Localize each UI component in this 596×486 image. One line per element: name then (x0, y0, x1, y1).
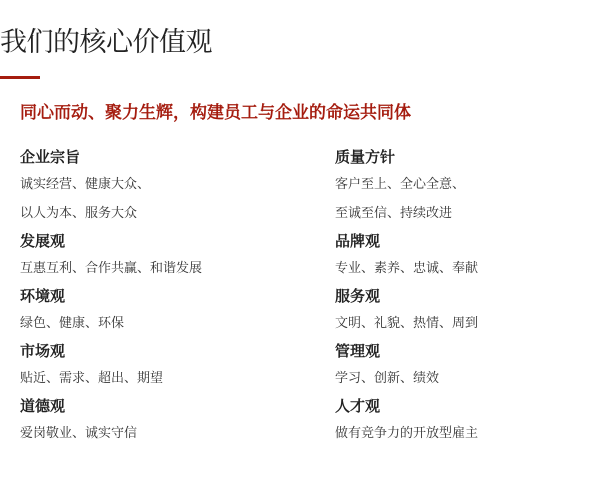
value-item-enterprise-purpose: 企业宗旨 诚实经营、健康大众、 以人为本、服务大众 (20, 144, 280, 228)
value-heading: 管理观 (335, 338, 595, 364)
value-item-talent: 人才观 做有竞争力的开放型雇主 (335, 393, 595, 448)
value-item-market: 市场观 贴近、需求、超出、期望 (20, 338, 280, 393)
value-heading: 服务观 (335, 283, 595, 309)
value-text: 绿色、健康、环保 (20, 309, 280, 338)
value-item-environment: 环境观 绿色、健康、环保 (20, 283, 280, 338)
value-text: 至诚至信、持续改进 (335, 199, 595, 228)
value-item-development: 发展观 互惠互利、合作共赢、和谐发展 (20, 228, 280, 283)
value-item-brand: 品牌观 专业、素养、忠诚、奉献 (335, 228, 595, 283)
value-text: 爱岗敬业、诚实守信 (20, 419, 280, 448)
values-column-right: 质量方针 客户至上、全心全意、 至诚至信、持续改进 品牌观 专业、素养、忠诚、奉… (335, 144, 595, 448)
value-text: 贴近、需求、超出、期望 (20, 364, 280, 393)
values-column-left: 企业宗旨 诚实经营、健康大众、 以人为本、服务大众 发展观 互惠互利、合作共赢、… (20, 144, 280, 448)
value-text: 诚实经营、健康大众、 (20, 170, 280, 199)
value-heading: 质量方针 (335, 144, 595, 170)
value-text: 互惠互利、合作共赢、和谐发展 (20, 254, 280, 283)
value-heading: 人才观 (335, 393, 595, 419)
value-heading: 市场观 (20, 338, 280, 364)
value-heading: 品牌观 (335, 228, 595, 254)
value-heading: 道德观 (20, 393, 280, 419)
value-heading: 环境观 (20, 283, 280, 309)
title-underline-divider (0, 76, 40, 79)
value-text: 文明、礼貌、热情、周到 (335, 309, 595, 338)
value-text: 以人为本、服务大众 (20, 199, 280, 228)
value-text: 学习、创新、绩效 (335, 364, 595, 393)
value-text: 专业、素养、忠诚、奉献 (335, 254, 595, 283)
value-text: 客户至上、全心全意、 (335, 170, 595, 199)
value-item-quality-policy: 质量方针 客户至上、全心全意、 至诚至信、持续改进 (335, 144, 595, 228)
value-item-service: 服务观 文明、礼貌、热情、周到 (335, 283, 595, 338)
page-title: 我们的核心价值观 (0, 25, 212, 61)
value-heading: 企业宗旨 (20, 144, 280, 170)
value-text: 做有竞争力的开放型雇主 (335, 419, 595, 448)
value-item-ethics: 道德观 爱岗敬业、诚实守信 (20, 393, 280, 448)
value-heading: 发展观 (20, 228, 280, 254)
value-item-management: 管理观 学习、创新、绩效 (335, 338, 595, 393)
slogan: 同心而动、聚力生辉，构建员工与企业的命运共同体 (20, 100, 411, 126)
